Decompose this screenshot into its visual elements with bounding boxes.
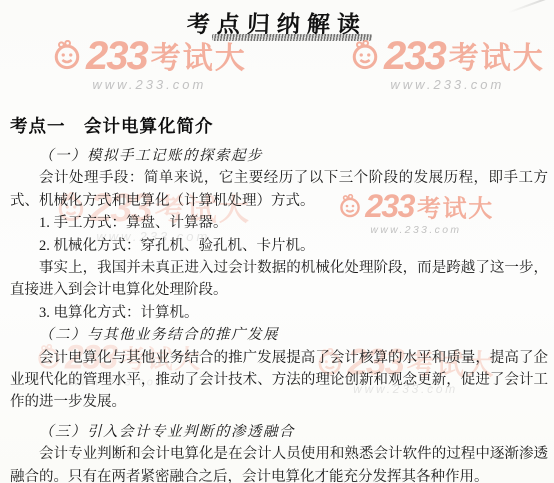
list-item-3: 3. 电算化方式：计算机。 <box>10 302 548 324</box>
list-item-2: 2. 机械化方式：穿孔机、验孔机、卡片机。 <box>10 235 548 257</box>
paragraph: 会计处理手段：简单来说，它主要经历了以下三个阶段的发展历程，即手工方式、机械化方… <box>10 167 548 212</box>
paragraph: 会计专业判断和会计电算化是在会计人员使用和熟悉会计软件的过程中逐渐渗透融合的。只… <box>10 443 548 483</box>
paragraph: 会计电算化与其他业务结合的推广发展提高了会计核算的水平和质量，提高了企业现代化的… <box>10 347 548 414</box>
title-underline <box>212 34 372 41</box>
document-body: （一）模拟手工记账的探索起步 会计处理手段：简单来说，它主要经历了以下三个阶段的… <box>10 145 548 483</box>
watermark-number: 233 <box>384 40 445 72</box>
scanned-document-page: 考点归纳解读 233 考试大 www.233.com <box>0 0 554 483</box>
section-heading: 考点一 会计电算化简介 <box>10 113 214 138</box>
subheading-1: （一）模拟手工记账的探索起步 <box>10 145 548 167</box>
watermark-233: 233 考试大 www.233.com <box>52 40 247 92</box>
watermark-number: 233 <box>86 40 147 72</box>
watermark-url: www.233.com <box>52 77 247 92</box>
watermark-233: 233 考试大 www.233.com <box>350 40 545 92</box>
watermark-brand: 考试大 <box>151 45 247 72</box>
watermark-url: www.233.com <box>350 77 545 92</box>
smiley-face-icon <box>350 40 380 70</box>
paragraph: 事实上，我国并未真正进入过会计数据的机械化处理阶段，而是跨越了这一步，直接进入到… <box>10 257 548 302</box>
subheading-2: （二）与其他业务结合的推广发展 <box>10 324 548 346</box>
list-item-1: 1. 手工方式：算盘、计算器。 <box>10 212 548 234</box>
subheading-3: （三）引入会计专业判断的渗透融合 <box>10 421 548 443</box>
smiley-face-icon <box>52 40 82 70</box>
watermark-brand: 考试大 <box>449 45 545 72</box>
